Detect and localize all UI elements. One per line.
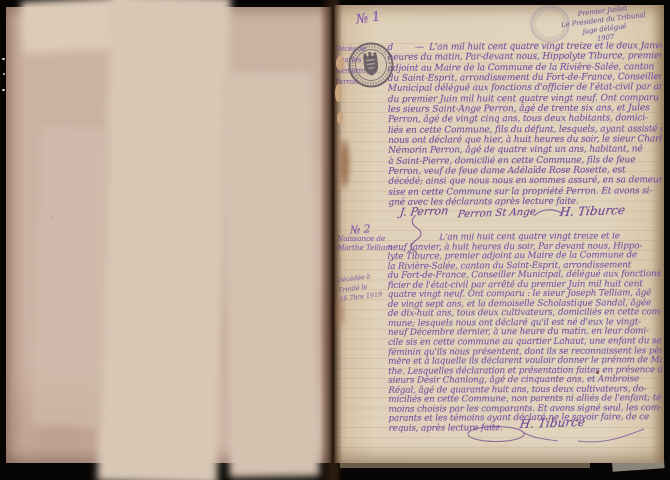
left-page <box>6 7 332 463</box>
signature: H. Tiburce <box>519 415 586 431</box>
binding-stain <box>338 300 344 326</box>
torn-paper-bit <box>335 84 342 102</box>
page-bottom-edge <box>340 463 590 468</box>
scan-speck <box>3 73 5 75</box>
ink-dot <box>596 371 599 374</box>
book-gutter <box>320 0 342 480</box>
scan-speck <box>2 58 5 60</box>
signature: Perron St Ange <box>457 207 536 221</box>
signature: H. Tiburce <box>559 203 626 219</box>
act1-number: № 1 <box>355 9 381 27</box>
right-page: № 1 Décès deCharlesNémorinPerron Premier… <box>334 5 664 463</box>
paper-patch <box>97 0 231 480</box>
binding-stain <box>340 140 349 188</box>
act1-text: d — L'an mil huit cent quatre vingt trei… <box>387 41 662 208</box>
paper-patch <box>222 72 319 478</box>
official-seal-icon <box>345 39 398 92</box>
signature: J. Perron <box>399 204 449 219</box>
act2-margin-note: Naissance deMarthe Telliam <box>337 235 389 252</box>
register-scan: № 1 Décès deCharlesNémorinPerron Premier… <box>0 0 670 480</box>
paper-patch <box>31 126 111 428</box>
torn-paper-bit <box>337 112 343 124</box>
margin-note-line: Marthe Telliam <box>337 244 389 253</box>
torn-paper-bit <box>336 56 344 70</box>
scan-speck <box>2 89 5 91</box>
act2-text: L'an mil huit cent quatre vingt treize e… <box>387 232 662 434</box>
